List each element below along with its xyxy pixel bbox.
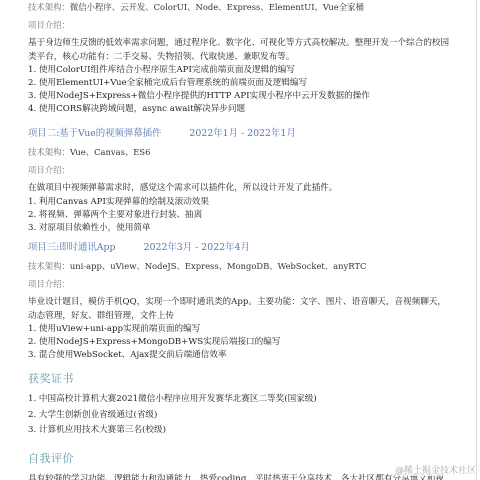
project3-item: 1. 使用uView+uni-app实现前端页面的编写 bbox=[28, 323, 453, 336]
project1-item: 1. 使用ColorUI组件库结合小程序原生API完成前端页面及逻辑的编写 bbox=[28, 64, 453, 77]
project2-intro: 在做项目中视频弹幕需求时，感觉这个需求可以插件化，所以设计开发了此插件。 bbox=[28, 182, 337, 196]
project1-intro: 基于身边师生反馈的低效率需求问题，通过程序化、数字化、可视化等方式高校解决。整理… bbox=[28, 37, 453, 64]
tech-label: 技术架构： bbox=[28, 147, 70, 157]
project3-tech: 技术架构：uni-app、uView、NodeJS、Express、MongoD… bbox=[28, 260, 453, 273]
tech-value: 微信小程序、云开发、ColorUI、Node、Express、ElementUI… bbox=[70, 2, 364, 12]
project-date: 2022年3月 - 2022年4月 bbox=[144, 242, 250, 253]
awards-section: 获奖证书 1. 中国高校计算机大赛2021微信小程序应用开发赛华北赛区二等奖(国… bbox=[28, 371, 317, 439]
project2-item: 2. 将视频、弹幕两个主要对象进行封装、抽离 bbox=[28, 209, 337, 222]
project3-item: 2. 使用NodeJS+Express+MongoDB+WS实现后端接口的编写 bbox=[28, 336, 453, 349]
project2-item: 3. 对原项目依赖性小，使用简单 bbox=[28, 222, 337, 235]
project-name: 项目二:基于Vue的视频弹幕插件 bbox=[28, 128, 161, 139]
project1-item: 2. 使用ElementUI+Vue全家桶完成后台管理系统的前端页面及逻辑编写 bbox=[28, 77, 453, 90]
self-eval-section: 自我评价 具有较强的学习功能、逻辑能力和沟通能力，热爱coding，平时热衷于分… bbox=[28, 451, 444, 480]
tech-value: Vue、Canvas、ES6 bbox=[70, 147, 151, 157]
project1: 技术架构：微信小程序、云开发、ColorUI、Node、Express、Elem… bbox=[28, 1, 453, 116]
project1-item: 4. 使用CORS解决跨域问题，async await解决异步问题 bbox=[28, 103, 453, 116]
self-eval-text: 具有较强的学习功能、逻辑能力和沟通能力，热爱coding，平时热衷于分享技术，各… bbox=[28, 473, 444, 480]
project2-title: 项目二:基于Vue的视频弹幕插件2022年1月 - 2022年1月 bbox=[28, 127, 337, 141]
award-item: 1. 中国高校计算机大赛2021微信小程序应用开发赛华北赛区二等奖(国家级) bbox=[28, 392, 317, 408]
tech-label: 技术架构： bbox=[28, 2, 70, 12]
project3-title: 项目三:即时通讯App2022年3月 - 2022年4月 bbox=[28, 241, 453, 255]
project1-intro-label: 项目介绍： bbox=[28, 19, 453, 32]
awards-title: 获奖证书 bbox=[28, 371, 317, 386]
project2: 项目二:基于Vue的视频弹幕插件2022年1月 - 2022年1月 技术架构：V… bbox=[28, 127, 337, 235]
project2-intro-label: 项目介绍： bbox=[28, 164, 337, 177]
award-item: 3. 计算机应用技术大赛第三名(校级) bbox=[28, 423, 317, 439]
project2-item: 1. 利用Canvas API实现弹幕的绘制及滚动效果 bbox=[28, 196, 337, 209]
resume-page: 技术架构：微信小程序、云开发、ColorUI、Node、Express、Elem… bbox=[0, 0, 477, 480]
project1-item: 3. 使用NodeJS+Express+微信小程序提供的HTTP API实现小程… bbox=[28, 90, 453, 103]
tech-label: 技术架构： bbox=[28, 261, 70, 271]
project3-intro-label: 项目介绍： bbox=[28, 278, 453, 291]
project-date: 2022年1月 - 2022年1月 bbox=[189, 128, 295, 139]
watermark: @稀土掘金技术社区 bbox=[395, 463, 476, 476]
self-eval-title: 自我评价 bbox=[28, 451, 444, 466]
project3-item: 3. 混合使用WebSocket、Ajax提交前后端通信效率 bbox=[28, 349, 453, 362]
project3: 项目三:即时通讯App2022年3月 - 2022年4月 技术架构：uni-ap… bbox=[28, 241, 453, 362]
project2-tech: 技术架构：Vue、Canvas、ES6 bbox=[28, 146, 337, 159]
project-name: 项目三:即时通讯App bbox=[28, 242, 116, 253]
award-item: 2. 大学生创新创业省级通过(省级) bbox=[28, 408, 317, 424]
tech-value: uni-app、uView、NodeJS、Express、MongoDB、Web… bbox=[70, 261, 367, 271]
project3-intro: 毕业设计题目，模仿手机QQ，实现一个即时通讯类的App。主要功能：文字、图片、语… bbox=[28, 296, 453, 323]
project1-tech: 技术架构：微信小程序、云开发、ColorUI、Node、Express、Elem… bbox=[28, 1, 453, 14]
